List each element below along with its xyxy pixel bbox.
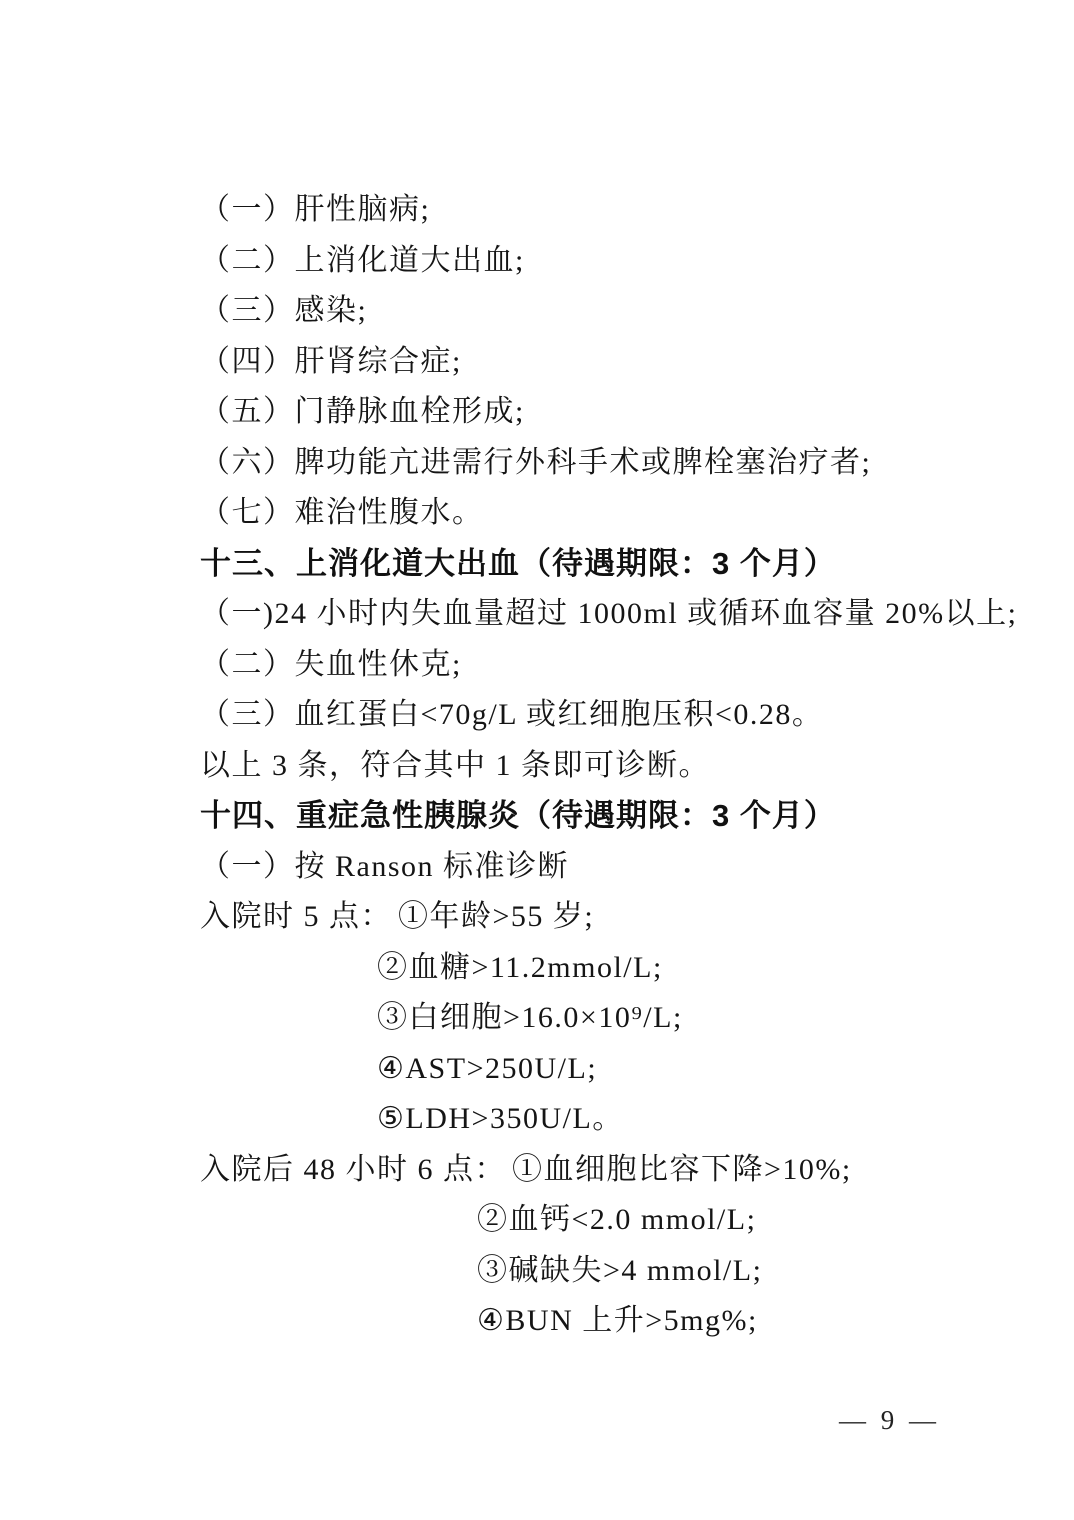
admission-criterion: ③白细胞>16.0×10⁹/L; xyxy=(200,993,1060,1044)
list-item: （二）上消化道大出血; xyxy=(200,236,1060,287)
admission-label: 入院时 5 点： xyxy=(200,900,392,933)
admission-criterion: ②血糖>11.2mmol/L; xyxy=(200,943,1060,994)
list-item: （四）肝肾综合症; xyxy=(200,337,1060,388)
list-item: （五）门静脉血栓形成; xyxy=(200,387,1060,438)
document-page: （一）肝性脑病; （二）上消化道大出血; （三）感染; （四）肝肾综合症; （五… xyxy=(0,0,1074,1520)
after-48h-label: 入院后 48 小时 6 点： xyxy=(200,1153,506,1186)
list-item: （七）难治性腹水。 xyxy=(200,488,1060,539)
after-48h-criterion: ②血钙<2.0 mmol/L; xyxy=(200,1195,1060,1246)
section-13-item: （二）失血性休克; xyxy=(200,640,1060,691)
list-item: （六）脾功能亢进需行外科手术或脾栓塞治疗者; xyxy=(200,438,1060,489)
after-48h-criterion: ③碱缺失>4 mmol/L; xyxy=(200,1246,1060,1297)
after-48h-criterion: ①血细胞比容下降>10%; xyxy=(512,1153,852,1186)
document-body: （一）肝性脑病; （二）上消化道大出血; （三）感染; （四）肝肾综合症; （五… xyxy=(200,185,1060,1347)
section-14-criteria-intro: （一）按 Ranson 标准诊断 xyxy=(200,842,1060,893)
admission-criterion: ⑤LDH>350U/L。 xyxy=(200,1094,1060,1145)
section-13-item: （三）血红蛋白<70g/L 或红细胞压积<0.28。 xyxy=(200,690,1060,741)
admission-criterion: ①年龄>55 岁; xyxy=(398,900,594,933)
after-48h-criterion: ④BUN 上升>5mg%; xyxy=(200,1296,1060,1347)
section-13-heading: 十三、上消化道大出血（待遇期限：3 个月） xyxy=(200,539,1060,590)
admission-criteria-line: 入院时 5 点：①年龄>55 岁; xyxy=(200,892,1060,943)
list-item: （三）感染; xyxy=(200,286,1060,337)
section-13-note: 以上 3 条，符合其中 1 条即可诊断。 xyxy=(200,741,1060,792)
page-number: — 9 — xyxy=(839,1405,940,1436)
section-14-heading: 十四、重症急性胰腺炎（待遇期限：3 个月） xyxy=(200,791,1060,842)
list-item: （一）肝性脑病; xyxy=(200,185,1060,236)
admission-criterion: ④AST>250U/L; xyxy=(200,1044,1060,1095)
after-48h-criteria-line: 入院后 48 小时 6 点：①血细胞比容下降>10%; xyxy=(200,1145,1060,1196)
section-13-item: （一)24 小时内失血量超过 1000ml 或循环血容量 20%以上; xyxy=(200,589,1060,640)
